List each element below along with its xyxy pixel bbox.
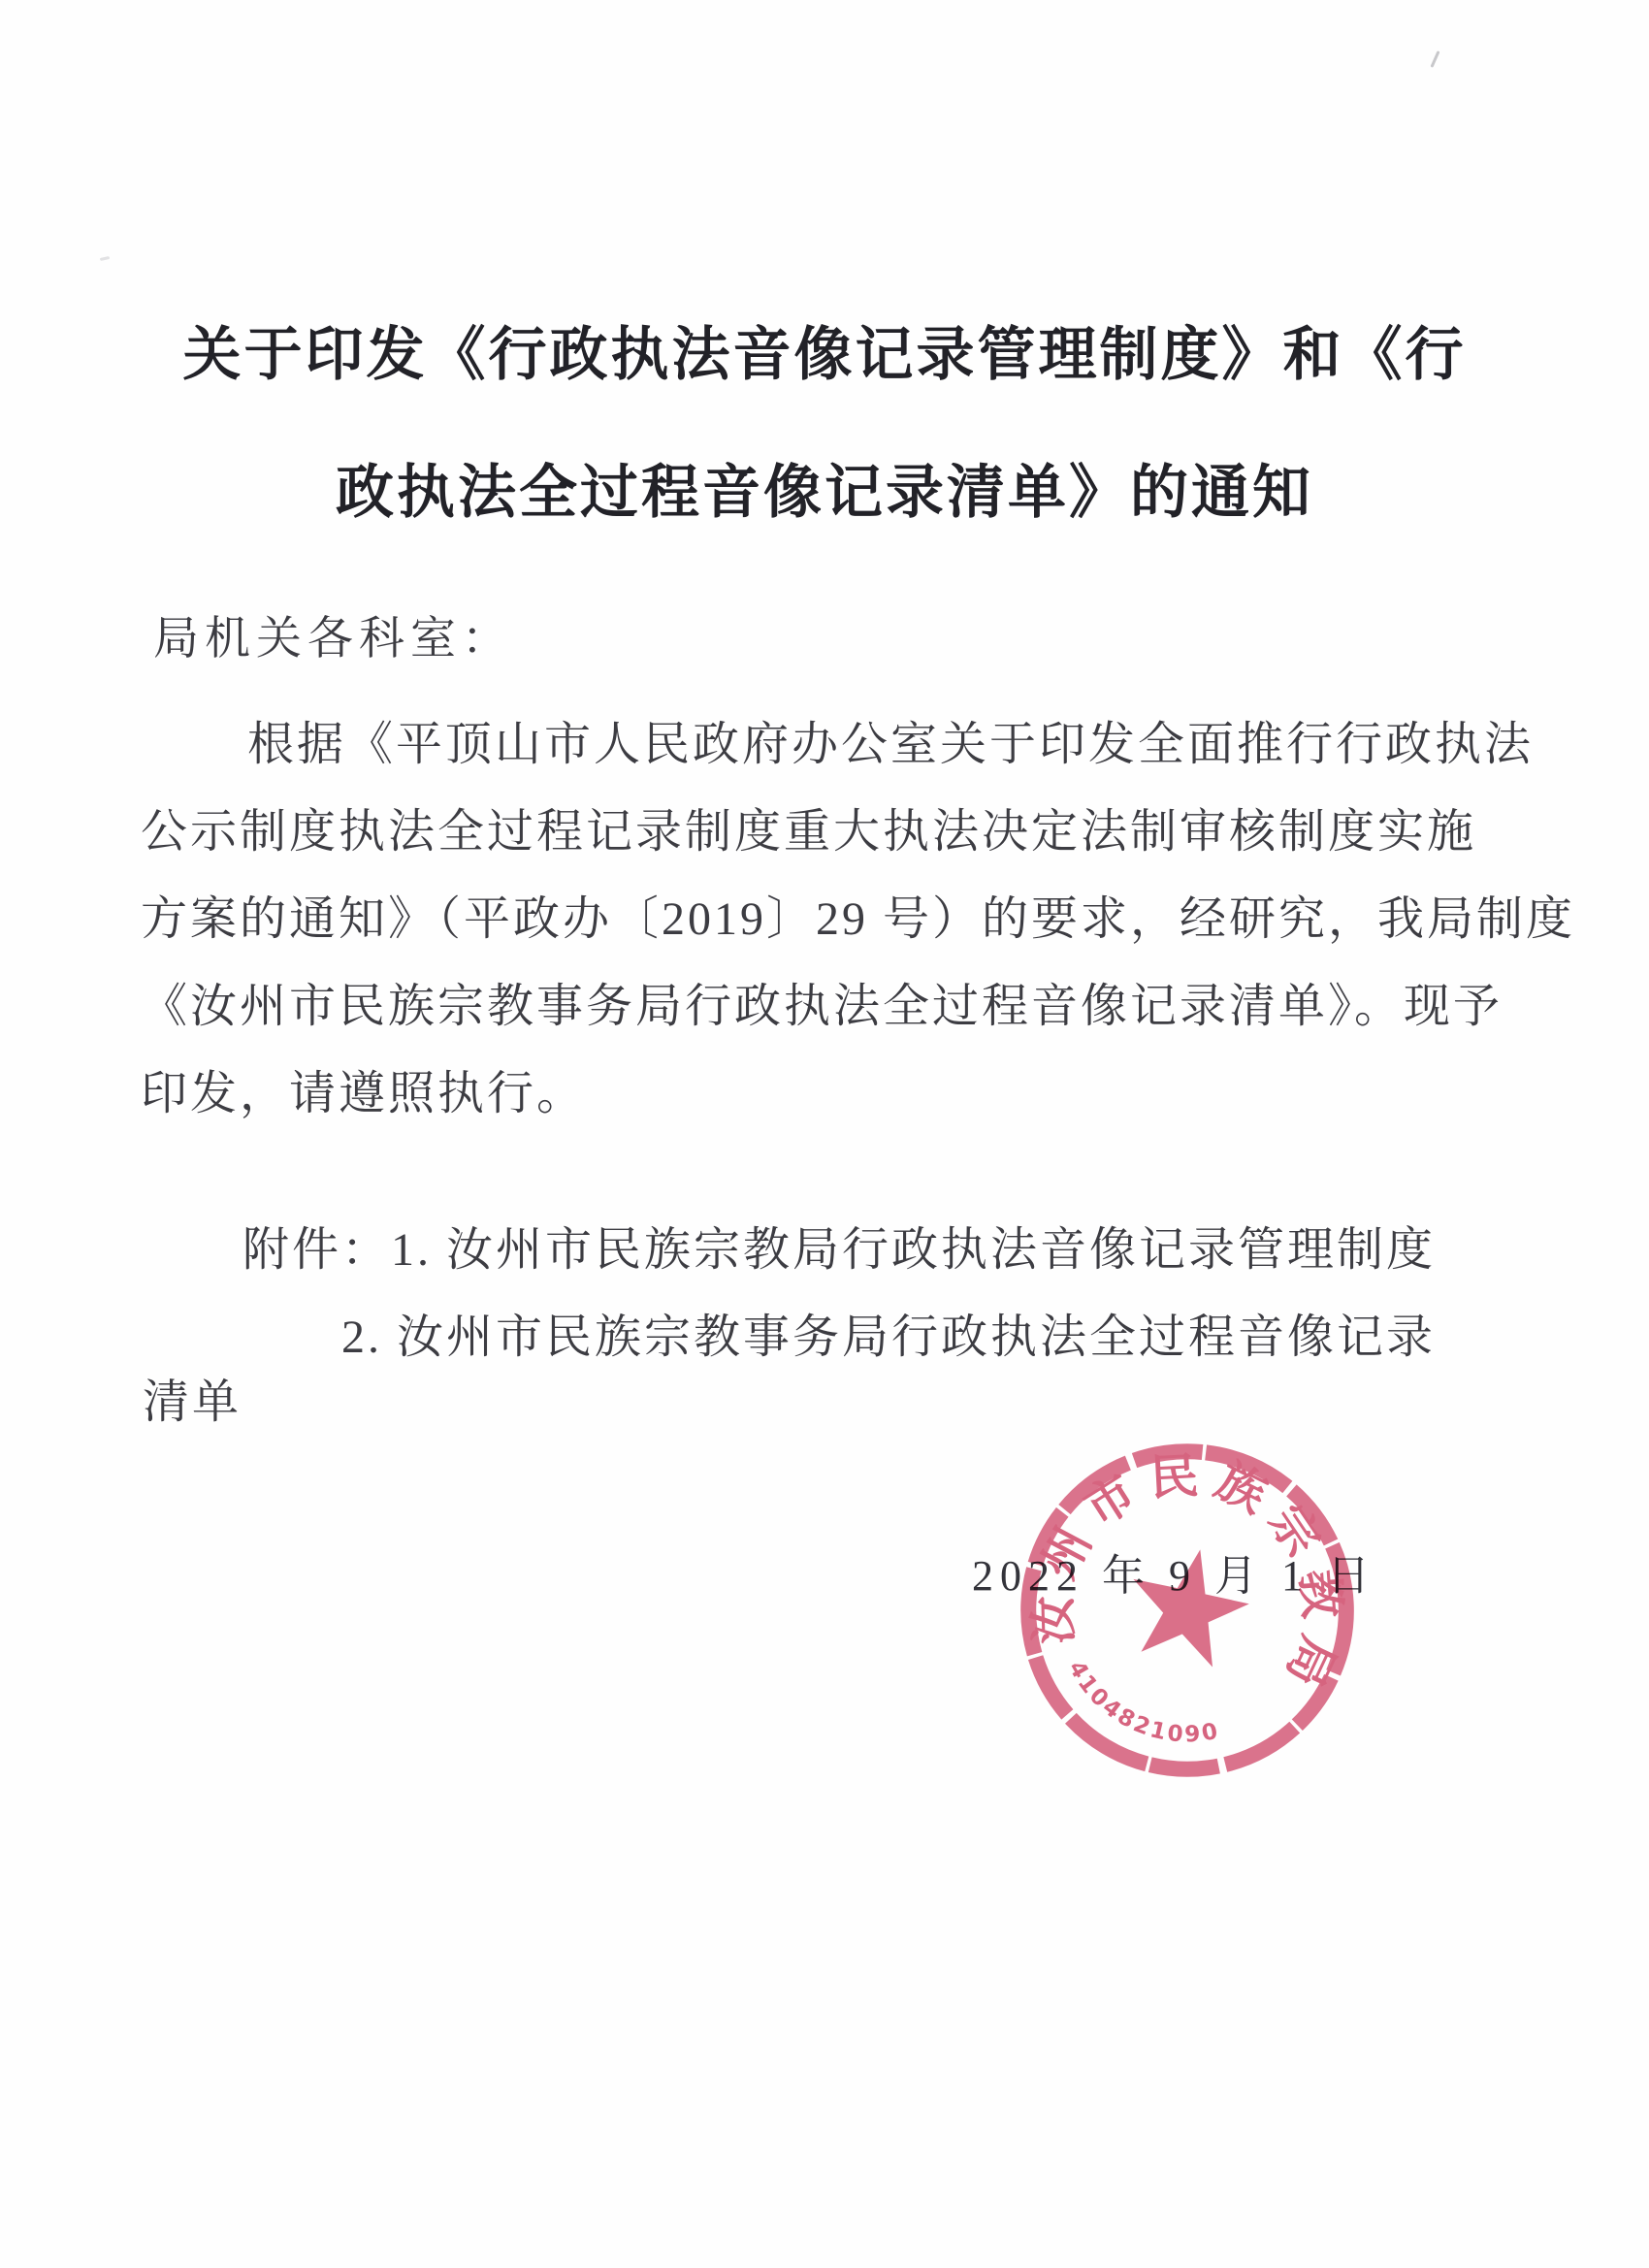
attachment-line-1: 附件：1. 汝州市民族宗教局行政执法音像记录管理制度 bbox=[242, 1206, 1436, 1295]
body-line: 公示制度执法全过程记录制度重大执法决定法制审核制度实施 bbox=[141, 789, 1528, 876]
body-line: 根据《平顶山市人民政府办公室关于印发全面推行行政执法 bbox=[141, 701, 1528, 789]
attachment-item-1: 1. 汝州市民族宗教局行政执法音像记录管理制度 bbox=[391, 1224, 1436, 1276]
document-title-line1: 关于印发《行政执法音像记录管理制度》和《行 bbox=[0, 286, 1649, 424]
body-line: 方案的通知》（平政办〔2019〕29 号）的要求，经研究，我局制度 bbox=[141, 876, 1528, 963]
attachment-label: 附件： bbox=[242, 1224, 391, 1276]
attachment-item-2-continuation: 清单 bbox=[143, 1358, 242, 1447]
attachment-item-2: 2. 汝州市民族宗教事务局行政执法全过程音像记录 bbox=[341, 1293, 1436, 1382]
document-title: 关于印发《行政执法音像记录管理制度》和《行 政执法全过程音像记录清单》的通知 bbox=[0, 286, 1649, 562]
document-page: 关于印发《行政执法音像记录管理制度》和《行 政执法全过程音像记录清单》的通知 局… bbox=[0, 0, 1649, 2268]
body-line: 印发，请遵照执行。 bbox=[141, 1051, 1528, 1138]
scan-speck bbox=[1430, 50, 1439, 68]
salutation: 局机关各科室： bbox=[153, 595, 513, 684]
body-paragraph: 根据《平顶山市人民政府办公室关于印发全面推行行政执法 公示制度执法全过程记录制度… bbox=[141, 701, 1528, 1138]
body-line: 《汝州市民族宗教事务局行政执法全过程音像记录清单》。现予 bbox=[141, 963, 1528, 1051]
document-title-line2: 政执法全过程音像记录清单》的通知 bbox=[0, 424, 1649, 562]
issue-date: 2022 年 9 月 1 日 bbox=[972, 1533, 1376, 1620]
scan-speck bbox=[100, 256, 110, 261]
